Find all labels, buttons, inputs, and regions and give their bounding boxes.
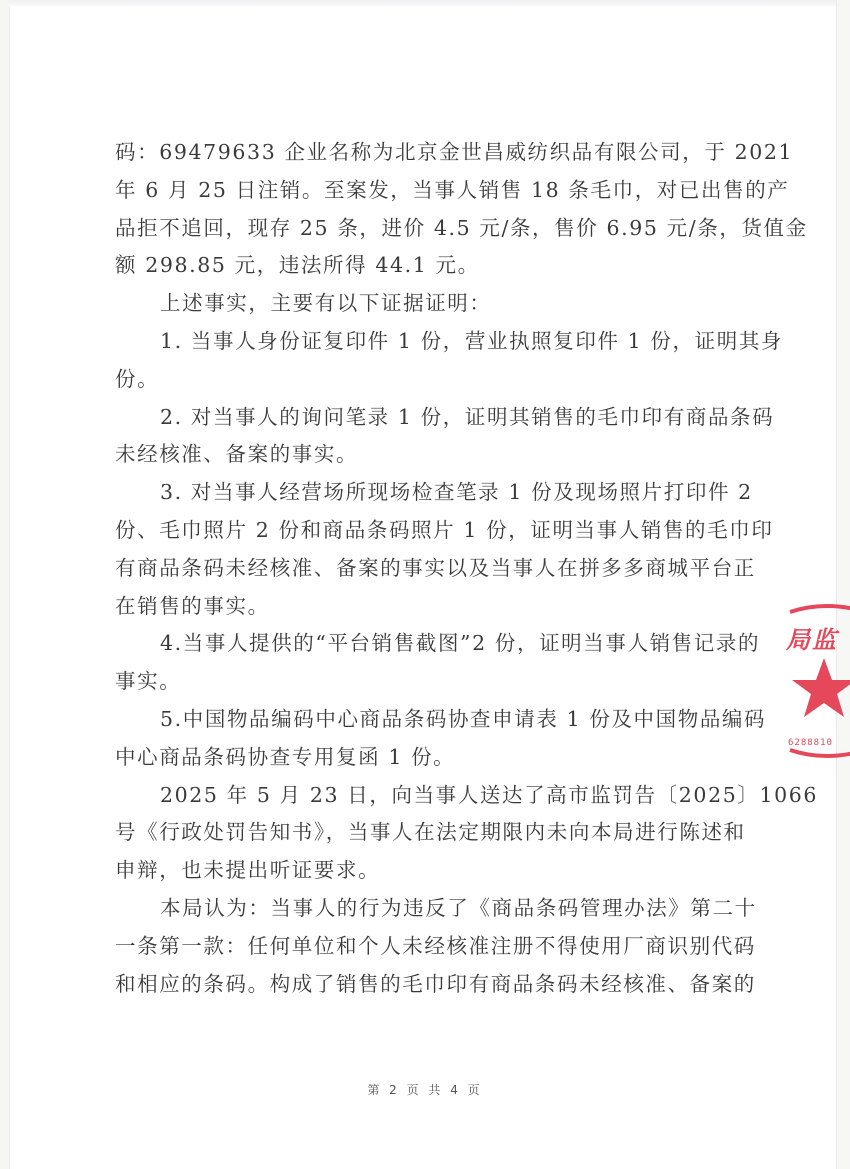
- text-line: 额 298.85 元，违法所得 44.1 元。: [115, 247, 775, 285]
- text-line: 事实。: [115, 663, 775, 701]
- text-line: 申辩，也未提出听证要求。: [115, 852, 775, 890]
- text-line: 2025 年 5 月 23 日，向当事人送达了高市监罚告〔2025〕1066: [115, 777, 775, 815]
- text-line: 3. 对当事人经营场所现场检查笔录 1 份及现场照片打印件 2: [115, 474, 775, 512]
- text-line: 品拒不追回，现存 25 条，进价 4.5 元/条，售价 6.95 元/条，货值金: [115, 210, 775, 248]
- text-line: 码：69479633 企业名称为北京金世昌威纺织品有限公司，于 2021: [115, 134, 775, 172]
- scan-edge-right: [836, 0, 850, 1169]
- text-line: 本局认为：当事人的行为违反了《商品条码管理办法》第二十: [115, 890, 775, 928]
- document-body: 码：69479633 企业名称为北京金世昌威纺织品有限公司，于 2021 年 6…: [115, 134, 775, 1003]
- text-line: 1. 当事人身份证复印件 1 份，营业执照复印件 1 份，证明其身: [115, 323, 775, 361]
- text-line: 中心商品条码协查专用复函 1 份。: [115, 739, 775, 777]
- text-line: 号《行政处罚告知书》，当事人在法定期限内未向本局进行陈述和: [115, 814, 775, 852]
- text-line: 在销售的事实。: [115, 588, 775, 626]
- text-line: 份、毛巾照片 2 份和商品条码照片 1 份，证明当事人销售的毛巾印: [115, 512, 775, 550]
- text-line: 上述事实，主要有以下证据证明：: [115, 285, 775, 323]
- text-line: 份。: [115, 361, 775, 399]
- text-line: 2. 对当事人的询问笔录 1 份，证明其销售的毛巾印有商品条码: [115, 399, 775, 437]
- text-line: 年 6 月 25 日注销。至案发，当事人销售 18 条毛巾，对已出售的产: [115, 172, 775, 210]
- seal-number: 6288810: [788, 738, 833, 748]
- text-line: 5.中国物品编码中心商品条码协查申请表 1 份及中国物品编码: [115, 701, 775, 739]
- seal-text: 局监: [786, 620, 838, 655]
- text-line: 4.当事人提供的“平台销售截图”2 份，证明当事人销售记录的: [115, 625, 775, 663]
- scan-edge-left: [0, 0, 10, 1169]
- text-line: 未经核准、备案的事实。: [115, 436, 775, 474]
- star-icon: [792, 658, 850, 717]
- text-line: 和相应的条码。构成了销售的毛巾印有商品条码未经核准、备案的: [115, 966, 775, 1004]
- text-line: 有商品条码未经核准、备案的事实以及当事人在拼多多商城平台正: [115, 550, 775, 588]
- page-footer: 第 2 页 共 4 页: [0, 1081, 850, 1098]
- text-line: 一条第一款：任何单位和个人未经核准注册不得使用厂商识别代码: [115, 928, 775, 966]
- scan-edge-top: [8, 0, 838, 6]
- official-seal-stamp: 局监 6288810: [786, 600, 850, 760]
